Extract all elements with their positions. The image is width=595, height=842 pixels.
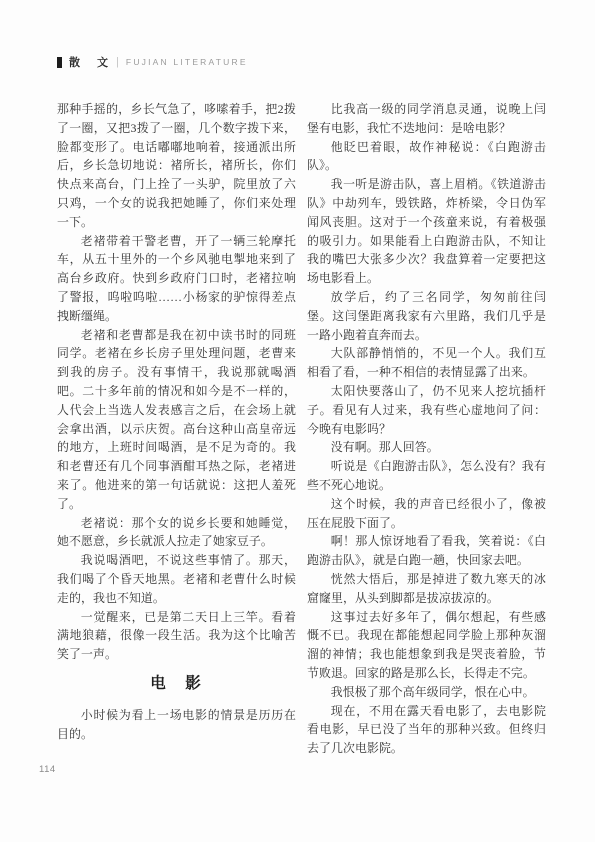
paragraph: 没有啊。那人回答。 <box>307 438 546 457</box>
right-column: 比我高一级的同学消息灵通，说晚上闫堡有电影，我忙不迭地问：是啥电影？ 他眨巴着眼… <box>307 100 546 758</box>
paragraph: 太阳快要落山了，仍不见来人挖坑插杆子。看见有人过来，我有些心虚地问了问：今晚有电… <box>307 382 546 438</box>
paragraph: 我恨极了那个高年级同学，恨在心中。 <box>307 683 546 702</box>
magazine-page: 散 文 | FUJIAN LITERATURE 那种手摇的，乡长气急了，哆嗦着手… <box>0 0 595 842</box>
section-bar-icon <box>57 57 62 68</box>
left-column: 那种手摇的，乡长气急了，哆嗦着手，把2拨了一圈，又把3拨了一圈，几个数字拨下来，… <box>57 100 296 758</box>
paragraph: 这个时候，我的声音已经很小了，像被压在屁股下面了。 <box>307 495 546 533</box>
paragraph: 大队部静悄悄的，不见一个人。我们互相看了看，一种不相信的表情显露了出来。 <box>307 344 546 382</box>
paragraph: 现在，不用在露天看电影了，去电影院看电影，早已没了当年的那种兴致。但终归去了几次… <box>307 702 546 758</box>
paragraph: 我一听是游击队，喜上眉梢。《铁道游击队》中劫列车，毁铁路，炸桥梁，令日伪军闻风丧… <box>307 175 546 288</box>
paragraph: 那种手摇的，乡长气急了，哆嗦着手，把2拨了一圈，又把3拨了一圈，几个数字拨下来，… <box>57 100 296 232</box>
paragraph: 一觉醒来，已是第二天日上三竿。看着满地狼藉，很像一段生活。我为这个比喻苦笑了一声… <box>57 608 296 664</box>
paragraph: 听说是《白跑游击队》，怎么没有？我有些不死心地说。 <box>307 457 546 495</box>
paragraph: 我说喝酒吧，不说这些事情了。那天，我们喝了个昏天地黑。老褚和老曹什么时候走的，我… <box>57 551 296 607</box>
paragraph: 老褚说：那个女的说乡长要和她睡觉，她不愿意，乡长就派人拉走了她家豆子。 <box>57 514 296 552</box>
paragraph: 老褚带着干警老曹，开了一辆三轮摩托车，从五十里外的一个乡风驰电掣地来到了高台乡政… <box>57 232 296 326</box>
paragraph: 放学后，约了三名同学，匆匆前往闫堡。这闫堡距离我家有六里路，我们几乎是一路小跑着… <box>307 288 546 344</box>
paragraph: 啊！那人惊讶地看了看我，笑着说：《白跑游击队》，就是白跑一趟，快回家去吧。 <box>307 532 546 570</box>
page-header: 散 文 | FUJIAN LITERATURE <box>57 54 248 70</box>
section-category: 散 文 <box>69 54 115 70</box>
header-separator: | <box>116 56 119 68</box>
paragraph: 他眨巴着眼，故作神秘说：《白跑游击队》。 <box>307 138 546 176</box>
paragraph: 比我高一级的同学消息灵通，说晚上闫堡有电影，我忙不迭地问：是啥电影？ <box>307 100 546 138</box>
section-title: 电 影 <box>57 675 296 694</box>
magazine-name: FUJIAN LITERATURE <box>126 57 248 67</box>
text-columns: 那种手摇的，乡长气急了，哆嗦着手，把2拨了一圈，又把3拨了一圈，几个数字拨下来，… <box>57 100 546 758</box>
paragraph: 恍然大悟后，那是掉进了数九寒天的冰窟窿里，从头到脚都是拔凉拔凉的。 <box>307 570 546 608</box>
page-number: 114 <box>39 764 56 775</box>
paragraph: 这事过去好多年了，偶尔想起，有些感慨不已。我现在都能想起同学脸上那种灰溜溜的神情… <box>307 608 546 683</box>
paragraph: 老褚和老曹都是我在初中读书时的同班同学。老褚在乡长房子里处理问题，老曹来到我的房… <box>57 326 296 514</box>
paragraph: 小时候为看上一场电影的情景是历历在目的。 <box>57 706 296 744</box>
